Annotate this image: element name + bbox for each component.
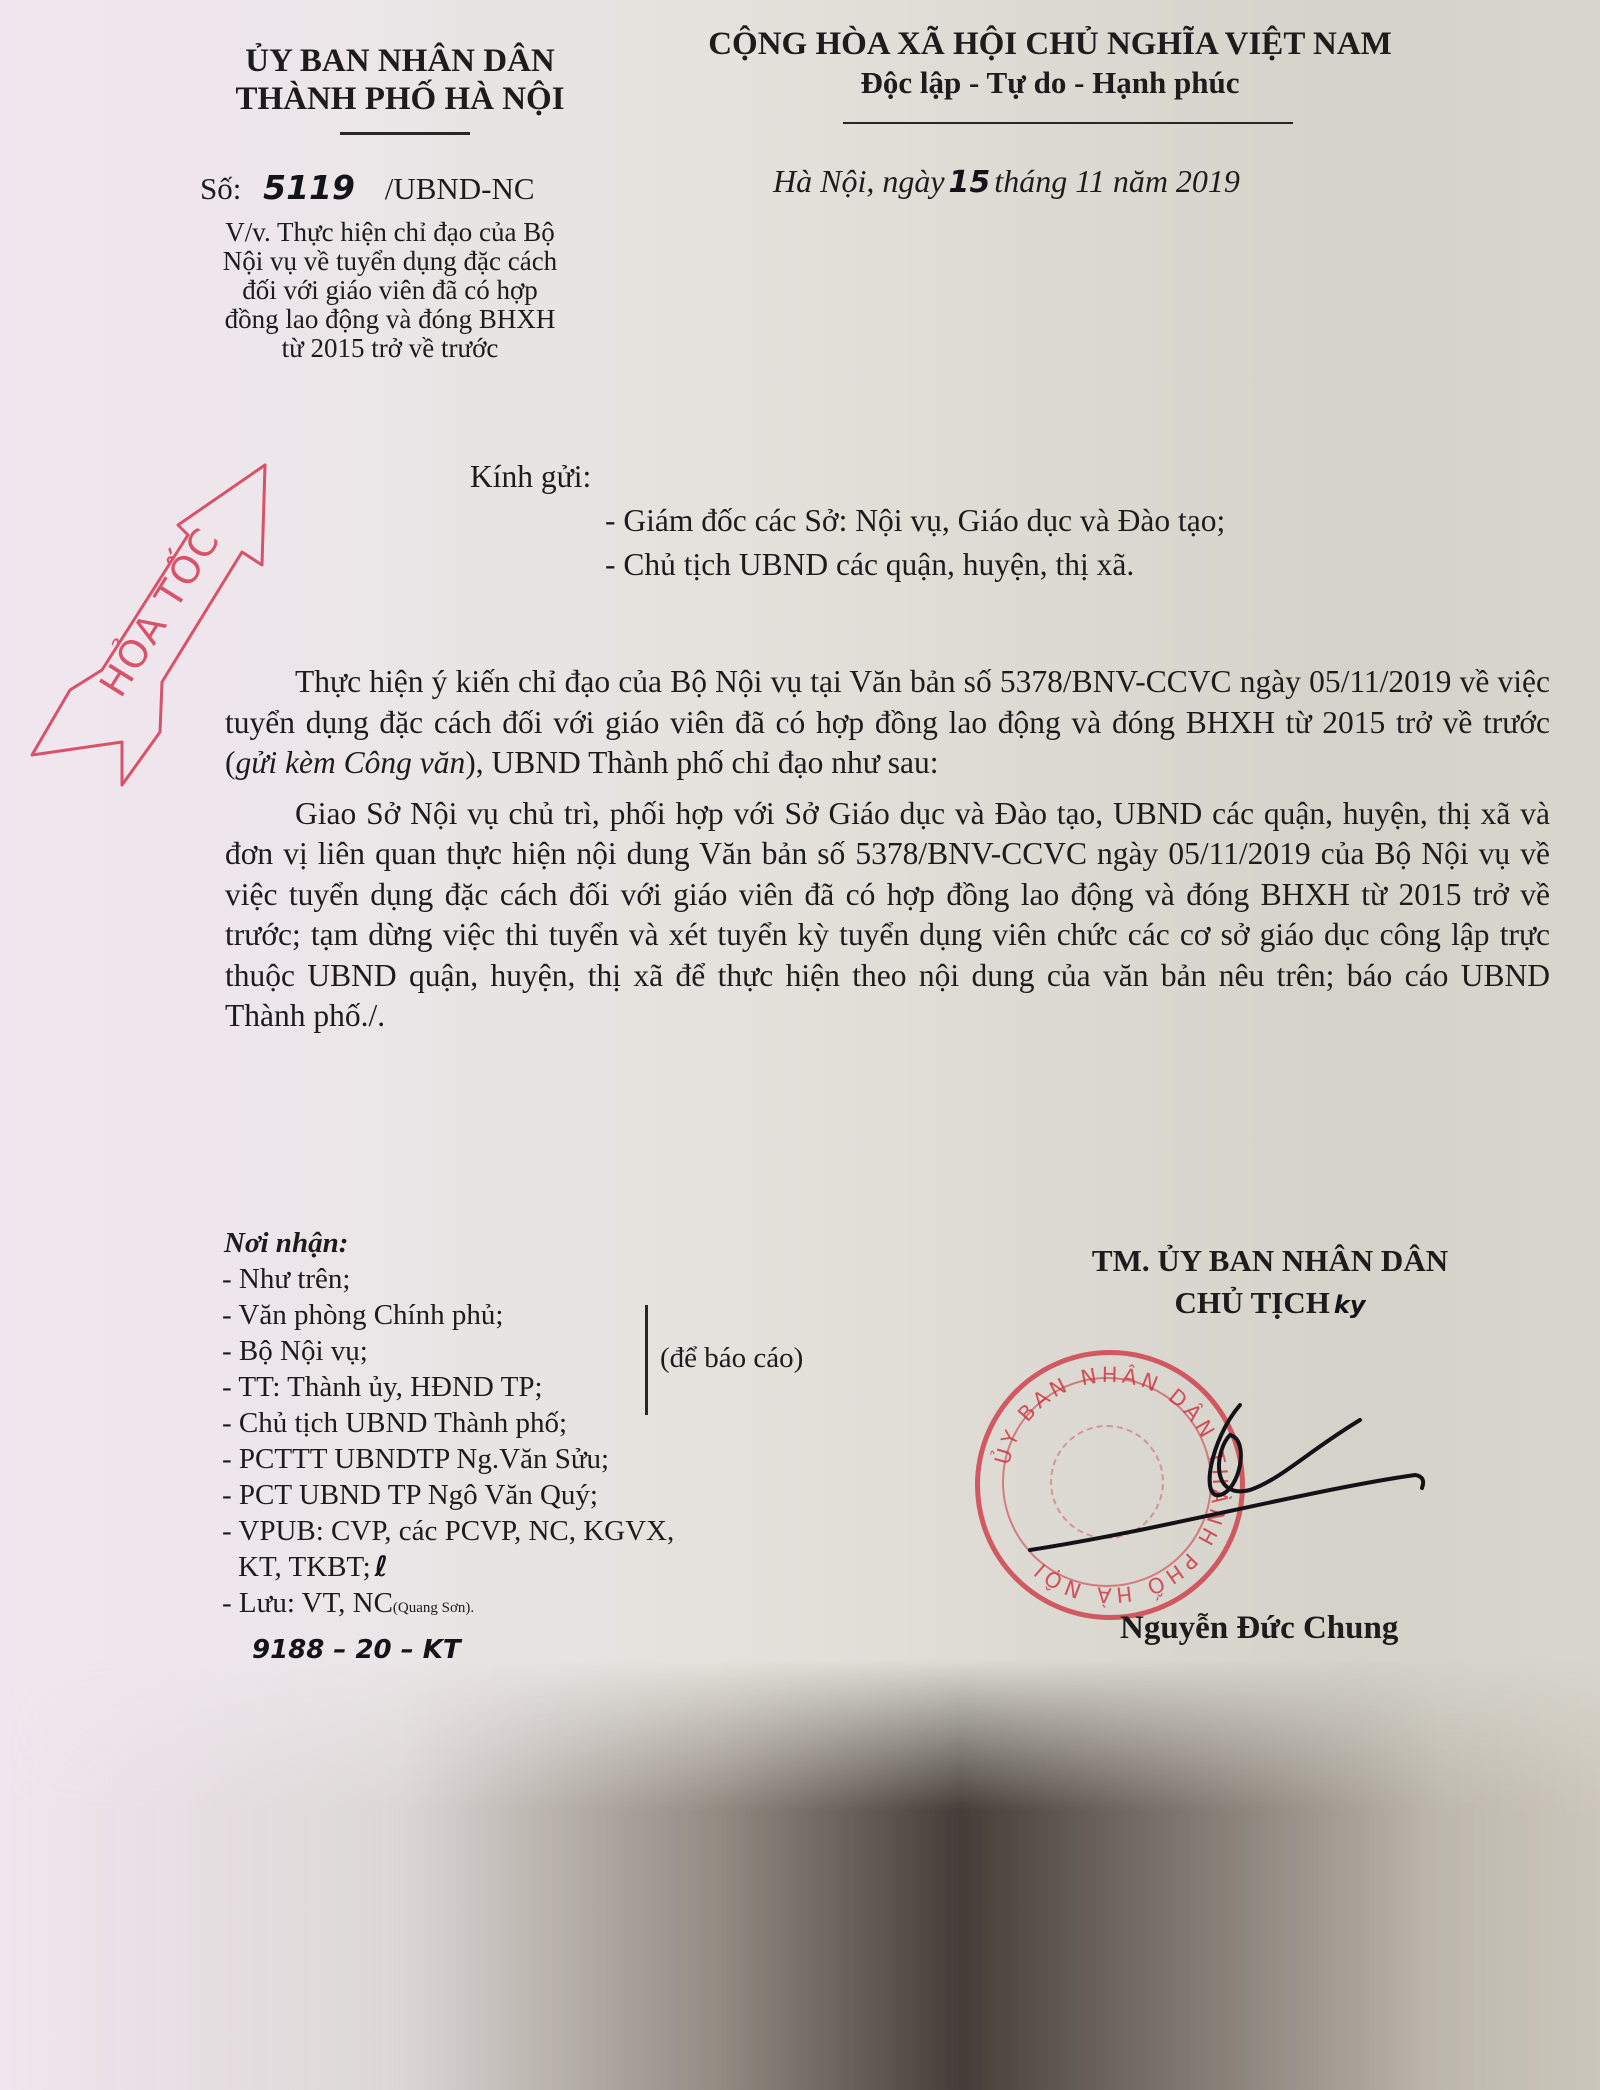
addressee-item: - Giám đốc các Sở: Nội vụ, Giáo dục và Đ… (470, 499, 1225, 543)
bracket-note: (để báo cáo) (660, 1342, 803, 1375)
body-paragraph-1: Thực hiện ý kiến chỉ đạo của Bộ Nội vụ t… (225, 662, 1550, 784)
addressee-label: Kính gửi: (470, 455, 1225, 499)
recipient-item: - PCT UBND TP Ngô Văn Quý; (222, 1477, 674, 1513)
recipients-label: Nơi nhận: (224, 1225, 674, 1261)
signer-line2: CHỦ TỊCHky (1040, 1282, 1500, 1326)
org-name-line1: ỦY BAN NHÂN DÂN (190, 42, 610, 80)
motto-underline (843, 122, 1293, 124)
recipient-item: - Như trên; (222, 1261, 674, 1297)
document-body: Thực hiện ý kiến chỉ đạo của Bộ Nội vụ t… (225, 662, 1550, 1037)
date-prefix: Hà Nội, ngày (773, 163, 945, 199)
body-paragraph-2: Giao Sở Nội vụ chủ trì, phối hợp với Sở … (225, 794, 1550, 1037)
document-number: Số: 5119 /UBND-NC (200, 168, 535, 207)
recipient-item: - VPUB: CVP, các PCVP, NC, KGVX, (222, 1513, 674, 1549)
document-date: Hà Nội, ngày15tháng 11 năm 2019 (773, 163, 1240, 200)
national-motto: Độc lập - Tự do - Hạnh phúc (640, 65, 1460, 101)
date-suffix: tháng 11 năm 2019 (994, 163, 1240, 199)
handwritten-number: 5119 (263, 168, 355, 207)
national-header: CỘNG HÒA XÃ HỘI CHỦ NGHĨA VIỆT NAM Độc l… (640, 26, 1460, 101)
number-suffix: /UBND-NC (385, 171, 535, 206)
addressee-block: Kính gửi: - Giám đốc các Sở: Nội vụ, Giá… (470, 455, 1225, 587)
signer-line1: TM. ỦY BAN NHÂN DÂN (1040, 1240, 1500, 1282)
signature-scribble (1010, 1380, 1430, 1600)
handwritten-initials: ℓ (375, 1550, 388, 1583)
recipient-item: - Chủ tịch UBND Thành phố; (222, 1405, 674, 1441)
org-name-line2: THÀNH PHỐ HÀ NỘI (190, 80, 610, 118)
subject-line: Nội vụ về tuyển dụng đặc cách (160, 247, 620, 276)
subject-line: đồng lao động và đóng BHXH (160, 305, 620, 334)
recipient-item: - Văn phòng Chính phủ; (222, 1297, 674, 1333)
nation-name: CỘNG HÒA XÃ HỘI CHỦ NGHĨA VIỆT NAM (640, 26, 1460, 63)
subject-line: từ 2015 trở về trước (160, 334, 620, 363)
recipient-item: KT, TKBT;ℓ (222, 1549, 674, 1585)
subject-block: V/v. Thực hiện chỉ đạo của Bộ Nội vụ về … (160, 218, 620, 363)
recipient-item: - Lưu: VT, NC(Quang Sơn). (222, 1585, 674, 1626)
storage-note: (Quang Sơn). (393, 1600, 474, 1616)
recipients-block: Nơi nhận: - Như trên; - Văn phòng Chính … (222, 1225, 674, 1668)
addressee-item: - Chủ tịch UBND các quận, huyện, thị xã. (470, 543, 1225, 587)
subject-line: đối với giáo viên đã có hợp (160, 276, 620, 305)
recipient-item: - PCTTT UBNDTP Ng.Văn Sửu; (222, 1441, 674, 1477)
handwritten-day: 15 (949, 165, 991, 200)
signer-title: TM. ỦY BAN NHÂN DÂN CHỦ TỊCHky (1040, 1240, 1500, 1326)
handwritten-mark: ky (1334, 1291, 1366, 1319)
photo-shadow (0, 1660, 1600, 2090)
signer-name: Nguyễn Đức Chung (1120, 1610, 1398, 1647)
attachment-note: gửi kèm Công văn (236, 745, 466, 780)
number-label: Số: (200, 171, 241, 206)
issuing-organization: ỦY BAN NHÂN DÂN THÀNH PHỐ HÀ NỘI (190, 42, 610, 118)
recipient-item: - Bộ Nội vụ; (222, 1333, 674, 1369)
recipient-bracket (645, 1305, 648, 1415)
org-underline (340, 132, 470, 135)
subject-line: V/v. Thực hiện chỉ đạo của Bộ (160, 218, 620, 247)
recipient-item: - TT: Thành ủy, HĐND TP; (222, 1369, 674, 1405)
